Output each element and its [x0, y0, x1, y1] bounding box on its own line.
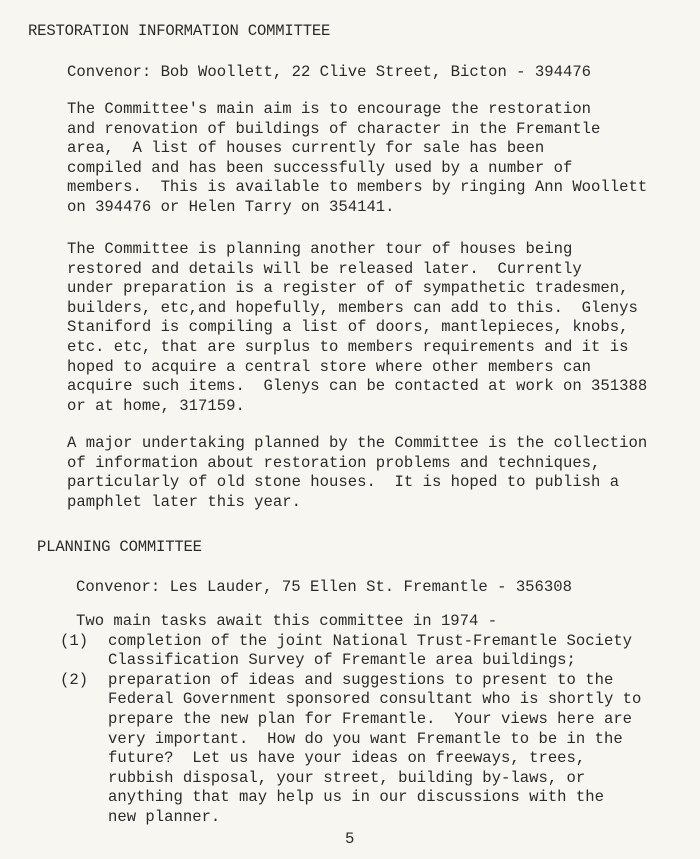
- convenor-planning: Convenor: Les Lauder, 75 Ellen St. Frema…: [76, 578, 572, 596]
- task-item: (1) completion of the joint National Tru…: [52, 632, 641, 671]
- planning-tasks: Two main tasks await this committee in 1…: [76, 612, 641, 828]
- task-item: (2) preparation of ideas and suggestions…: [52, 671, 641, 828]
- section-heading-restoration: RESTORATION INFORMATION COMMITTEE: [28, 22, 330, 40]
- paragraph-house-tour: The Committee is planning another tour o…: [67, 240, 647, 416]
- task-text: completion of the joint National Trust-F…: [108, 632, 632, 671]
- task-number: (2): [60, 671, 108, 828]
- paragraph-major-undertaking: A major undertaking planned by the Commi…: [67, 434, 647, 512]
- tasks-intro: Two main tasks await this committee in 1…: [76, 612, 641, 632]
- convenor-restoration: Convenor: Bob Woollett, 22 Clive Street,…: [67, 63, 591, 81]
- task-text: preparation of ideas and suggestions to …: [108, 671, 641, 828]
- paragraph-main-aim: The Committee's main aim is to encourage…: [67, 100, 647, 218]
- task-number: (1): [60, 632, 108, 671]
- document-page: RESTORATION INFORMATION COMMITTEE Conven…: [0, 0, 700, 859]
- page-number: 5: [345, 830, 354, 848]
- section-heading-planning: PLANNING COMMITTEE: [37, 538, 202, 556]
